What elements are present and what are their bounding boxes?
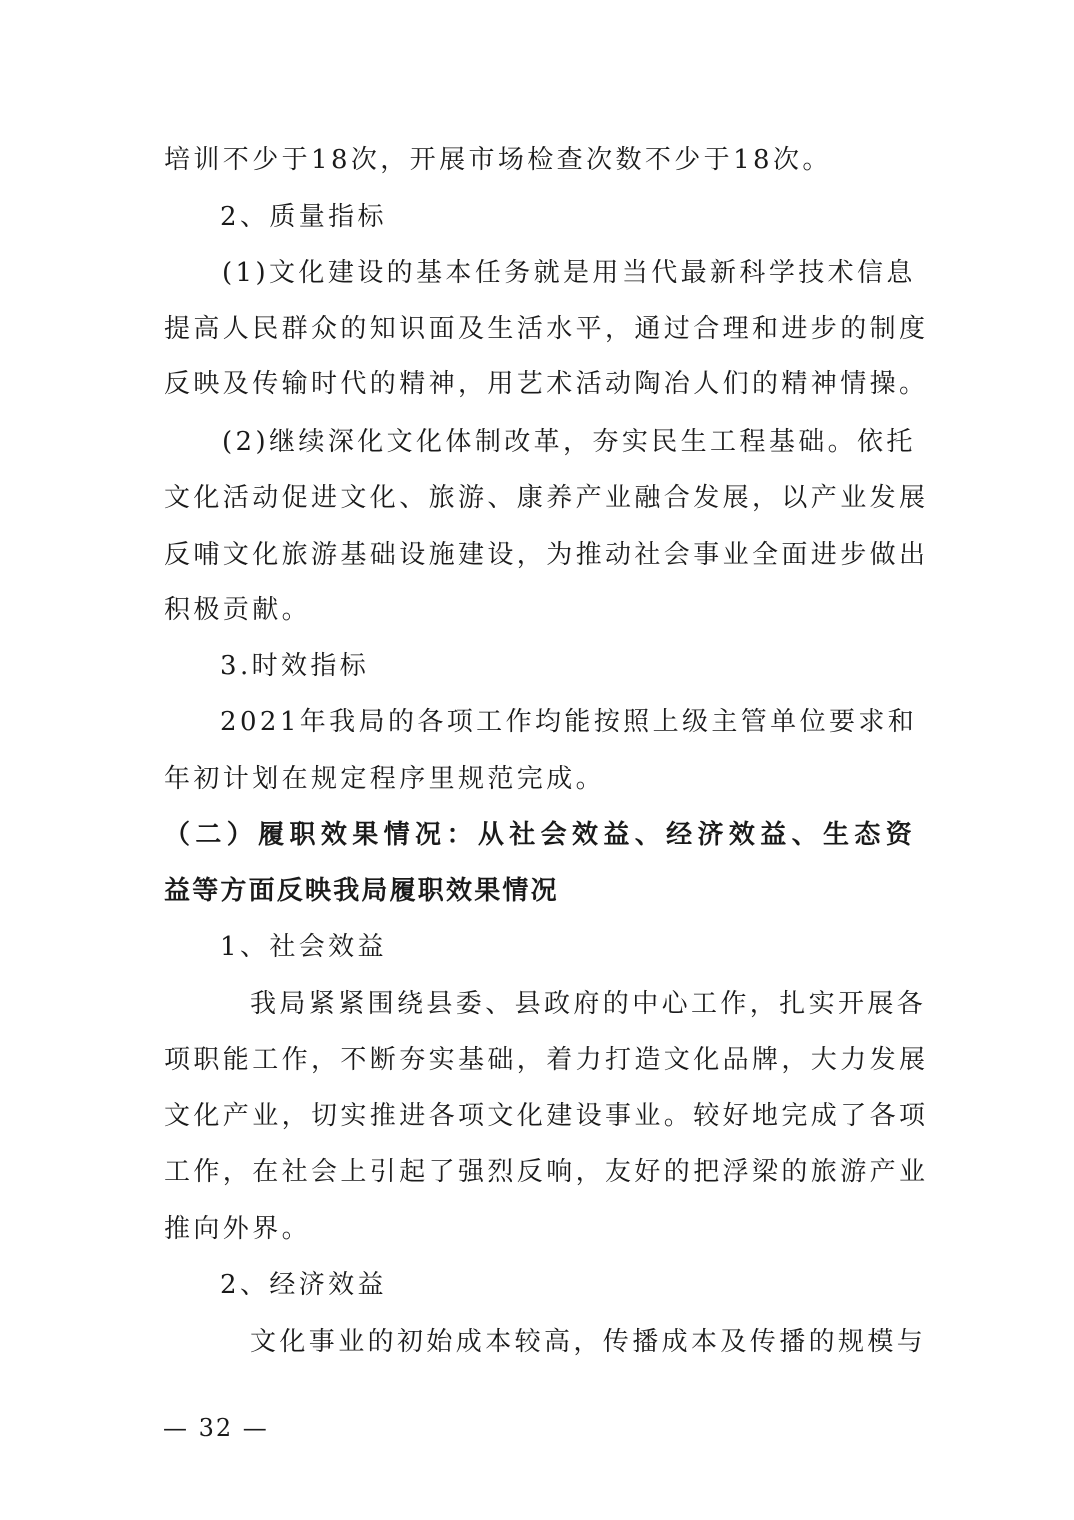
paragraph-line: 项职能工作，不断夯实基础，着力打造文化品牌，大力发展 [164,1045,914,1075]
page-number: — 32 — [163,1414,269,1442]
paragraph-line: 反哺文化旅游基础设施建设，为推动社会事业全面进步做出 [164,540,914,570]
paragraph-line: 文化活动促进文化、旅游、康养产业融合发展，以产业发展 [164,483,914,513]
section-heading-performance-effects: （二）履职效果情况：从社会效益、经济效益、生态资 [164,820,914,850]
paragraph-line: 文化产业，切实推进各项文化建设事业。较好地完成了各项 [164,1101,914,1131]
heading-quality-indicators: 2、质量指标 [220,202,914,232]
paragraph-line: 积极贡献。 [164,595,914,625]
paragraph-line: 提高人民群众的知识面及生活水平，通过合理和进步的制度 [164,314,914,344]
paragraph-line: 2021年我局的各项工作均能按照上级主管单位要求和 [220,707,914,737]
paragraph-line: 年初计划在规定程序里规范完成。 [164,764,914,794]
paragraph-line: (1)文化建设的基本任务就是用当代最新科学技术信息 [222,258,914,288]
paragraph-line: 工作，在社会上引起了强烈反响，友好的把浮梁的旅游产业 [164,1157,914,1187]
paragraph-line: (2)继续深化文化体制改革，夯实民生工程基础。依托 [222,427,914,457]
section-heading-performance-effects-cont: 益等方面反映我局履职效果情况 [164,876,914,906]
paragraph-line: 文化事业的初始成本较高，传播成本及传播的规模与 [250,1327,914,1357]
document-page: 培训不少于18次，开展市场检查次数不少于18次。 2、质量指标 (1)文化建设的… [0,0,1074,1520]
paragraph-line-training-count: 培训不少于18次，开展市场检查次数不少于18次。 [164,145,914,175]
heading-timeliness-indicators: 3.时效指标 [220,651,914,681]
paragraph-line: 反映及传输时代的精神，用艺术活动陶冶人们的精神情操。 [164,369,914,399]
heading-economic-benefits: 2、经济效益 [220,1270,914,1300]
paragraph-line: 我局紧紧围绕县委、县政府的中心工作，扎实开展各 [250,989,914,1019]
heading-social-benefits: 1、社会效益 [220,932,914,962]
paragraph-line: 推向外界。 [164,1214,914,1244]
